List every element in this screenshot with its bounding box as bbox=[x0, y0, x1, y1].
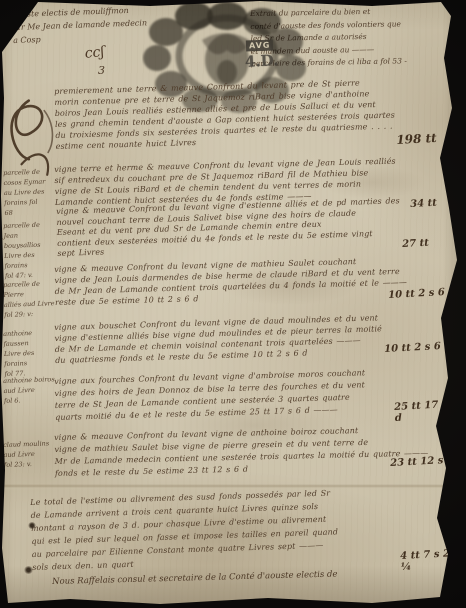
entry-3-value: 27 tt bbox=[402, 238, 429, 250]
total-paragraph: Le total de l'estime ou alivrement des s… bbox=[30, 483, 430, 573]
notary-paraph: ccʃ bbox=[84, 44, 105, 62]
ink-speck bbox=[24, 566, 33, 574]
manuscript-paper: aouste electis de mouliffmon Mr Me Jean … bbox=[0, 0, 466, 608]
entry-3-margin-note: parcelle de Jean bouysallios Livre des f… bbox=[3, 219, 57, 281]
paper-crease bbox=[0, 480, 466, 492]
entry-5-body: vigne aux bouschet Confront du levant vi… bbox=[54, 310, 447, 366]
scan-background: aouste electis de mouliffmon Mr Me Jean … bbox=[0, 0, 466, 608]
entry-4-value: 10 tt 2 s 6 d bbox=[388, 286, 456, 300]
entry-6-body: vigne aux fourches Confront du levant vi… bbox=[54, 365, 447, 424]
entry-7-margin-note: claud moulins aud Livre fol 23: v. bbox=[3, 438, 56, 470]
entry-1-value: 198 tt bbox=[396, 131, 437, 147]
entry-6-value: 25 tt 17 s 6 d bbox=[394, 398, 466, 424]
notary-paraph-number: 3 bbox=[98, 64, 105, 77]
entry-4-margin-note: parcelle de Pierre alliés aud Livre fol … bbox=[3, 278, 56, 320]
entry-2-margin-note: parcelle de cosos Eymar au Livre des for… bbox=[3, 166, 57, 218]
ink-speck bbox=[28, 522, 36, 529]
entry-6-margin-note: anthoine boiros aud Livre fol 6. bbox=[3, 374, 56, 406]
entry-3-body: vigne & meauve Confront du levant vigne … bbox=[56, 195, 445, 260]
entry-1-body: premierement une terre & meauve Confront… bbox=[54, 75, 448, 152]
fiscal-stamp-value: 4.D. bbox=[245, 51, 279, 71]
entry-5-margin-note: anthoine faussen Livre des forains fol 7… bbox=[3, 327, 57, 379]
fiscal-stamp-avg: AVG bbox=[246, 40, 274, 52]
entry-7-body: vigne & meauve Confront du levant vigne … bbox=[54, 423, 447, 480]
